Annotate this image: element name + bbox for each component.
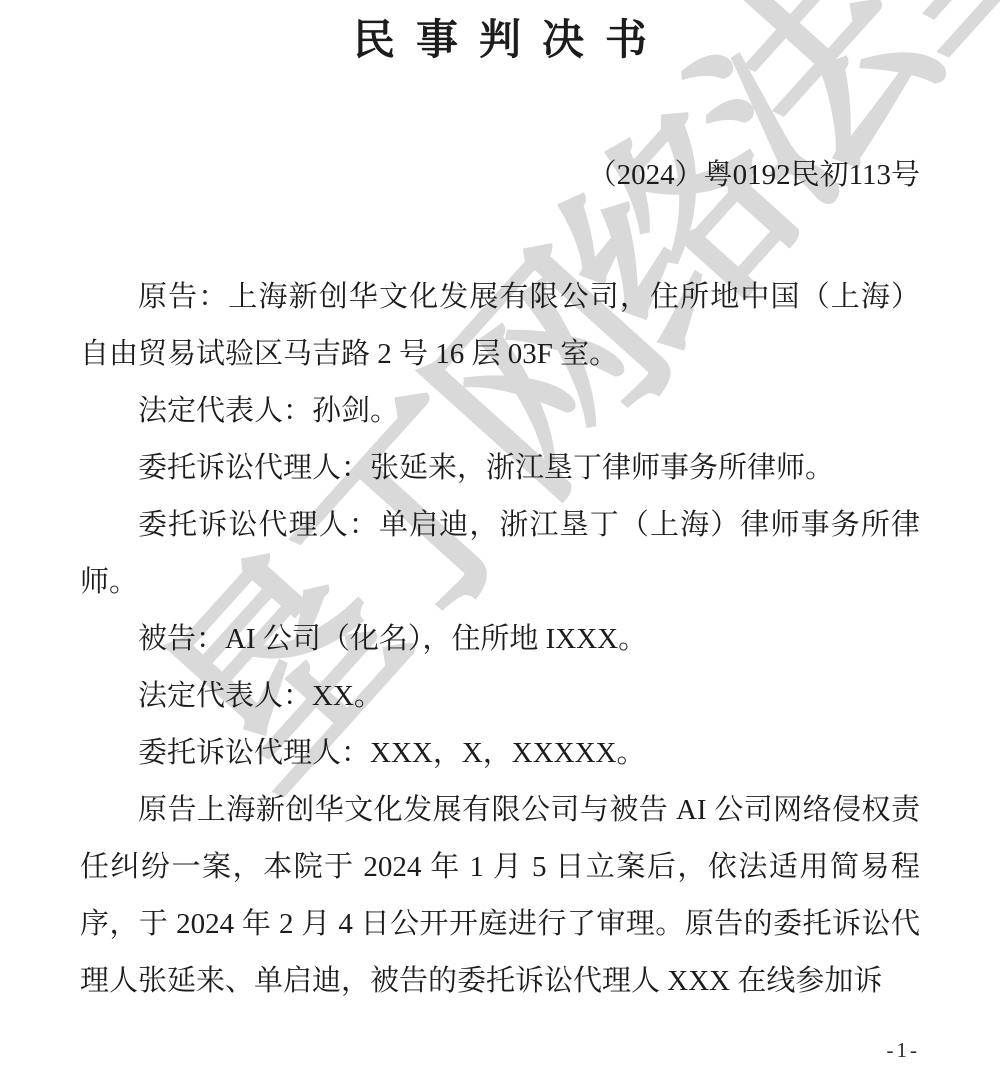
document-body: 原告：上海新创华文化发展有限公司，住所地中国（上海）自由贸易试验区马吉路 2 号… [80,269,920,1010]
paragraph-defendant-attorney: 委托诉讼代理人：XXX，X，XXXXX。 [80,725,920,782]
paragraph-plaintiff-legal-representative: 法定代表人：孙剑。 [80,383,920,440]
paragraph-plaintiff-attorney-1: 委托诉讼代理人：张延来，浙江垦丁律师事务所律师。 [80,440,920,497]
document-content: 民事判决书 （2024）粤0192民初113号 原告：上海新创华文化发展有限公司… [0,0,1000,1010]
page-number: -1- [887,1038,921,1063]
paragraph-defendant: 被告：AI 公司（化名），住所地 IXXX。 [80,611,920,668]
paragraph-plaintiff-attorney-2: 委托诉讼代理人：单启迪，浙江垦丁（上海）律师事务所律师。 [80,497,920,611]
case-number: （2024）粤0192民初113号 [80,155,920,195]
paragraph-plaintiff: 原告：上海新创华文化发展有限公司，住所地中国（上海）自由贸易试验区马吉路 2 号… [80,269,920,383]
paragraph-defendant-legal-representative: 法定代表人：XX。 [80,668,920,725]
paragraph-case-summary: 原告上海新创华文化发展有限公司与被告 AI 公司网络侵权责任纠纷一案，本院于 2… [80,782,920,1010]
document-title: 民事判决书 [80,14,920,69]
judgment-document-page: 垦丁网络法 垦丁网络法 民事判决书 （2024）粤0192民初113号 原告：上… [0,0,1000,1092]
